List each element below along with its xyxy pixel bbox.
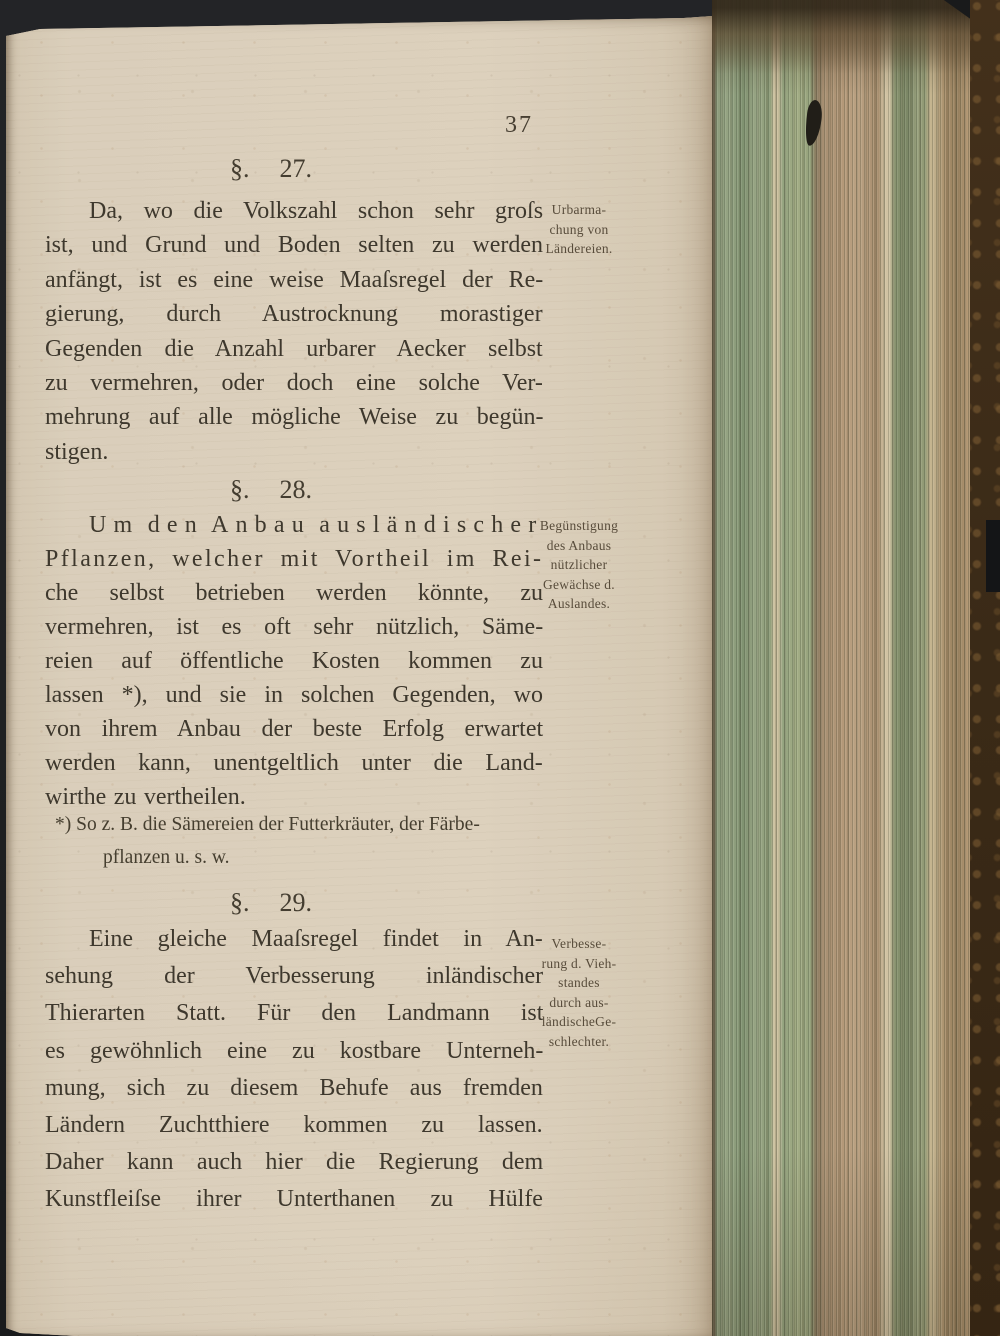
margin-note-line: Urbarma- [522,200,636,220]
margin-note-line: des Anbaus [522,536,636,556]
section-heading-28: §. 28. [45,475,543,505]
body-line: lassen *), und sie in solchen Gegenden, … [45,682,543,716]
footnote-line: pflanzen u. s. w. [103,847,543,880]
margin-note-27: Urbarma- chung von Ländereien. [522,200,636,259]
book-cover-edge [970,0,1000,1336]
body-line: mehrung auf alle mögliche Weise zu begün… [45,404,543,438]
book-page: 37 §. 27. Da, wo die Volkszahl schon seh… [6,16,712,1336]
body-line: Ländern Zuchtthiere kommen zu lassen. [45,1112,543,1149]
body-line: Pflanzen, welcher mit Vortheil im Rei- [45,546,543,580]
margin-note-line: Begünstigung [522,516,636,536]
body-line: che selbst betrieben werden könnte, zu [45,580,543,614]
paragraph-28: Um den Anbau ausländischer Pflanzen, wel… [45,512,543,818]
body-line: gierung, durch Austrocknung morastiger [45,301,543,335]
section-mark: §. [230,154,250,184]
body-line: stigen. [45,439,543,473]
body-line: wirthe zu vertheilen. [45,784,543,818]
section-number: 27. [280,154,313,184]
body-line: ist, und Grund und Boden selten zu werde… [45,232,543,266]
body-line: mung, sich zu diesem Behufe aus fremden [45,1075,543,1112]
body-line: von ihrem Anbau der beste Erfolg erwarte… [45,716,543,750]
margin-note-line: Auslandes. [522,594,636,614]
body-line: Um den Anbau ausländischer [45,512,543,546]
footnote-line: *) So z. B. die Sämereien der Futterkräu… [55,814,543,847]
margin-note-line: Ländereien. [522,239,636,259]
scan-stage: 37 §. 27. Da, wo die Volkszahl schon seh… [0,0,1000,1336]
fore-edge-top-wear [712,0,1000,74]
book-fore-edge [712,0,1000,1336]
margin-note-line: standes [522,973,636,993]
body-line: Kunstfleiſse ihrer Unterthanen zu Hülfe [45,1186,543,1223]
section-mark: §. [230,475,250,505]
margin-note-line: ländischeGe- [522,1012,636,1032]
body-line: werden kann, unentgeltlich unter die Lan… [45,750,543,784]
margin-note-line: Verbesse- [522,934,636,954]
section-heading-27: §. 27. [45,154,543,184]
background-sliver [986,520,1000,592]
margin-note-line: rung d. Vieh- [522,954,636,974]
ink-blot [803,99,823,146]
section-number: 28. [280,475,313,505]
margin-note-line: schlechter. [522,1032,636,1052]
section-number: 29. [280,888,313,918]
body-line: sehung der Verbesserung inländischer [45,963,543,1000]
section-mark: §. [230,888,250,918]
body-line: vermehren, ist es oft sehr nützlich, Säm… [45,614,543,648]
margin-note-line: durch aus- [522,993,636,1013]
section-heading-29: §. 29. [45,888,543,918]
margin-note-line: chung von [522,220,636,240]
body-line: Gegenden die Anzahl urbarer Aecker selbs… [45,336,543,370]
page-number: 37 [474,112,564,139]
body-line: es gewöhnlich eine zu kostbare Unterneh- [45,1038,543,1075]
body-line: Da, wo die Volkszahl schon sehr groſs [45,198,543,232]
footnote: *) So z. B. die Sämereien der Futterkräu… [45,814,543,880]
margin-note-line: Gewächse d. [522,575,636,595]
margin-note-line: nützlicher [522,555,636,575]
body-line: Daher kann auch hier die Regierung dem [45,1149,543,1186]
body-line: Eine gleiche Maaſsregel findet in An- [45,926,543,963]
margin-note-28: Begünstigung des Anbaus nützlicher Gewäc… [522,516,636,614]
margin-note-29: Verbesse- rung d. Vieh- standes durch au… [522,934,636,1052]
body-line: reien auf öffentliche Kosten kommen zu [45,648,543,682]
paragraph-29: Eine gleiche Maaſsregel findet in An- se… [45,926,543,1224]
body-line: anfängt, ist es eine weise Maaſsregel de… [45,267,543,301]
paragraph-27: Da, wo die Volkszahl schon sehr groſs is… [45,198,543,473]
body-line: zu vermehren, oder doch eine solche Ver- [45,370,543,404]
body-line: Thierarten Statt. Für den Landmann ist [45,1000,543,1037]
